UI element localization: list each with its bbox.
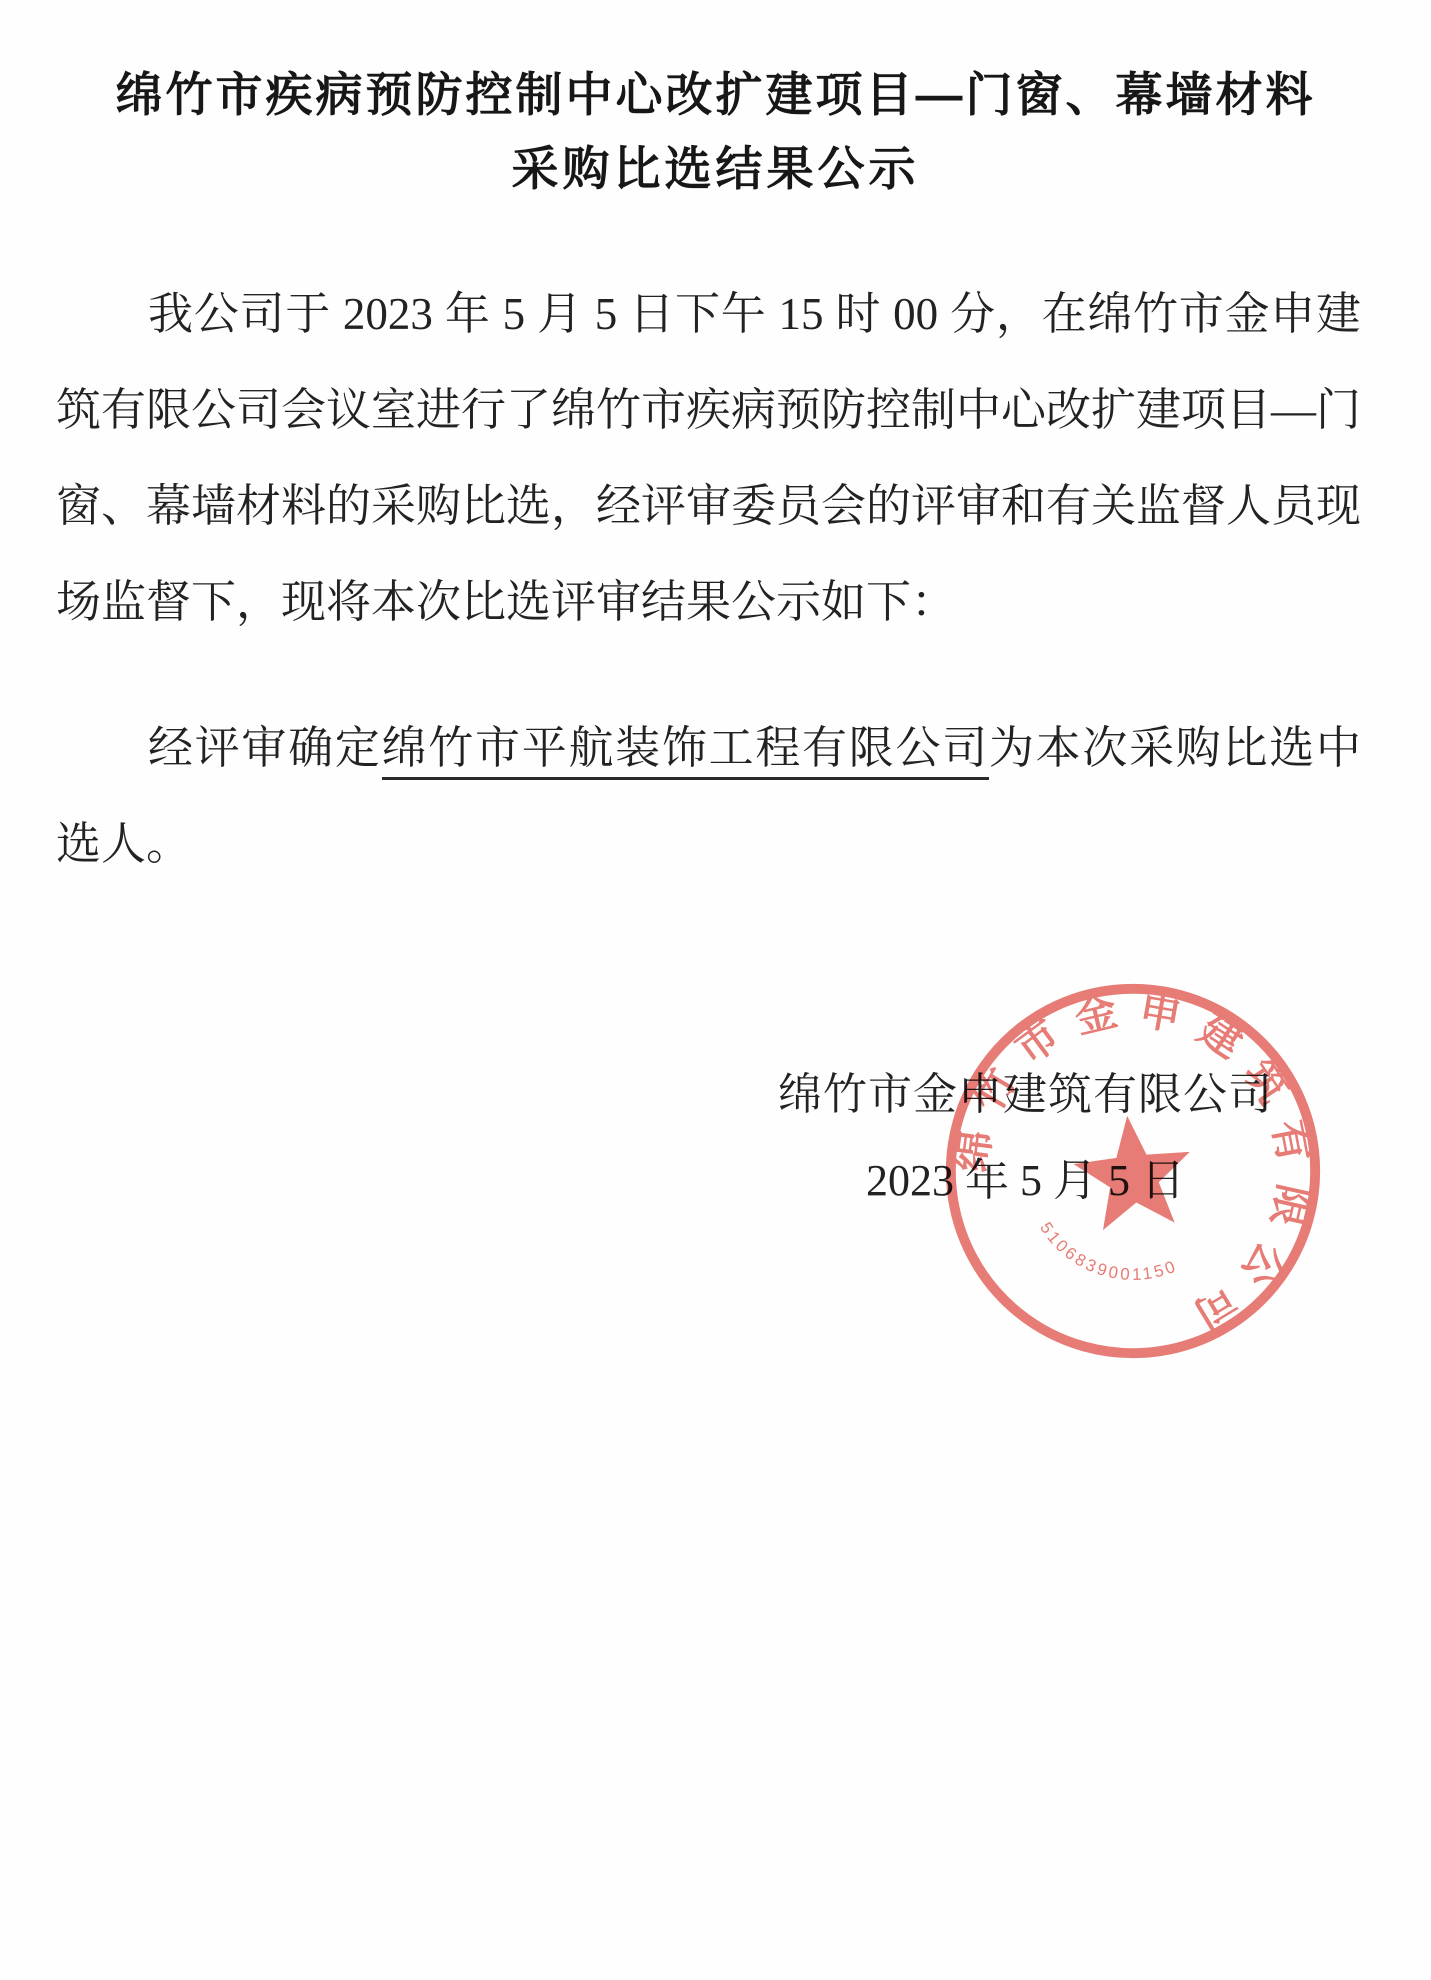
paragraph-meeting-info: 我公司于 2023 年 5 月 5 日下午 15 时 00 分，在绵竹市金申建筑…: [56, 266, 1361, 650]
title-line-1: 绵竹市疾病预防控制中心改扩建项目—门窗、幕墙材料: [0, 66, 1431, 124]
signature-block: 绵竹市金申建筑有限公司 2023 年 5 月 5 日: [778, 1072, 1273, 1204]
document-title: 绵竹市疾病预防控制中心改扩建项目—门窗、幕墙材料 采购比选结果公示: [0, 0, 1431, 198]
seal-registration-number: 5106839001150: [1035, 1206, 1178, 1294]
paragraph-result: 经评审确定绵竹市平航装饰工程有限公司为本次采购比选中选人。: [56, 700, 1361, 892]
svg-text:5106839001150: 5106839001150: [1035, 1206, 1178, 1294]
signature-company-name: 绵竹市金申建筑有限公司: [778, 1072, 1273, 1118]
signature-date: 2023 年 5 月 5 日: [778, 1158, 1273, 1204]
result-prefix: 经评审确定: [148, 723, 382, 773]
winner-company-underlined: 绵竹市平航装饰工程有限公司: [382, 723, 989, 780]
document-page: 绵竹市疾病预防控制中心改扩建项目—门窗、幕墙材料 采购比选结果公示 我公司于 2…: [0, 0, 1431, 1980]
title-line-2: 采购比选结果公示: [0, 140, 1431, 198]
document-body: 我公司于 2023 年 5 月 5 日下午 15 时 00 分，在绵竹市金申建筑…: [0, 266, 1431, 892]
